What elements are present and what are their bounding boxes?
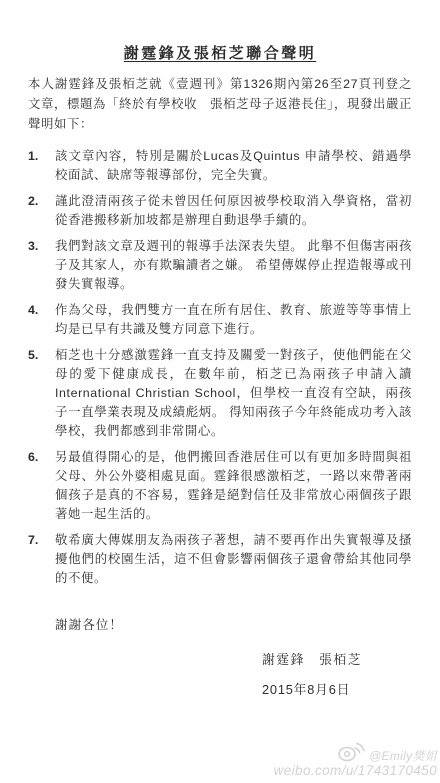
- watermark-handle: @Emily樊姐: [369, 750, 437, 763]
- clause-number: 1.: [28, 147, 55, 185]
- clause-text: 敬希廣大傳媒朋友為兩孩子著想，請不要再作出失實報導及搔擾他們的校園生活，這不但會…: [55, 531, 412, 588]
- clause-item-3: 3. 我們對該文章及週刊的報導手法深表失望。 此舉不但傷害兩孩子及其家人，亦有欺…: [28, 237, 412, 294]
- clause-item-7: 7. 敬希廣大傳媒朋友為兩孩子著想，請不要再作出失實報導及搔擾他們的校園生活，這…: [28, 531, 412, 588]
- clause-number: 4.: [28, 301, 55, 339]
- document-title: 謝霆鋒及張栢芝聯合聲明: [28, 42, 412, 63]
- statement-date: 2015年8月6日: [262, 679, 412, 698]
- clause-text: 另最值得開心的是，他們搬回香港居住可以有更加多時間與祖父母、外公外婆相處見面。霆…: [55, 448, 412, 524]
- clause-text: 謹此澄清兩孩子從未曾因任何原因被學校取消入學資格，當初從香港搬移新加坡都是辦理自…: [55, 192, 412, 230]
- clause-item-6: 6. 另最值得開心的是，他們搬回香港居住可以有更加多時間與祖父母、外公外婆相處見…: [28, 448, 412, 524]
- clause-item-4: 4. 作為父母，我們雙方一直在所有居住、教育、旅遊等等事情上均是已早有共識及雙方…: [28, 301, 412, 339]
- clause-text: 栢芝也十分感激霆鋒一直支持及關愛一對孩子，使他們能在父母的愛下健康成長，在數年前…: [55, 346, 412, 441]
- intro-paragraph: 本人謝霆鋒及張栢芝就《壹週刊》第1326期內第26至27頁刊登之文章，標題為「終…: [28, 74, 412, 134]
- clause-item-1: 1. 該文章內容，特別是關於Lucas及Quintus 申請學校、錯過學校面試、…: [28, 147, 412, 185]
- clause-number: 2.: [28, 192, 55, 230]
- clause-text: 該文章內容，特別是關於Lucas及Quintus 申請學校、錯過學校面試、缺席等…: [55, 147, 412, 185]
- clause-number: 3.: [28, 237, 55, 294]
- watermark-url: weibo.com/u/1743170450: [274, 764, 437, 779]
- clause-number: 5.: [28, 346, 55, 441]
- clause-item-2: 2. 謹此澄清兩孩子從未曾因任何原因被學校取消入學資格，當初從香港搬移新加坡都是…: [28, 192, 412, 230]
- clause-text: 我們對該文章及週刊的報導手法深表失望。 此舉不但傷害兩孩子及其家人，亦有欺騙讀者…: [55, 237, 412, 294]
- clause-list: 1. 該文章內容，特別是關於Lucas及Quintus 申請學校、錯過學校面試、…: [28, 147, 412, 588]
- clause-text: 作為父母，我們雙方一直在所有居住、教育、旅遊等等事情上均是已早有共識及雙方同意下…: [55, 301, 412, 339]
- closing-text: 謝謝各位！: [55, 614, 412, 633]
- clause-number: 7.: [28, 531, 55, 588]
- clause-number: 6.: [28, 448, 55, 524]
- statement-document: 謝霆鋒及張栢芝聯合聲明 本人謝霆鋒及張栢芝就《壹週刊》第1326期內第26至27…: [0, 0, 440, 698]
- weibo-icon: [336, 739, 366, 763]
- clause-item-5: 5. 栢芝也十分感激霆鋒一直支持及關愛一對孩子，使他們能在父母的愛下健康成長，在…: [28, 346, 412, 441]
- weibo-watermark: @Emily樊姐 weibo.com/u/1743170450: [274, 739, 437, 779]
- signature-names: 謝霆鋒 張栢芝: [262, 649, 412, 668]
